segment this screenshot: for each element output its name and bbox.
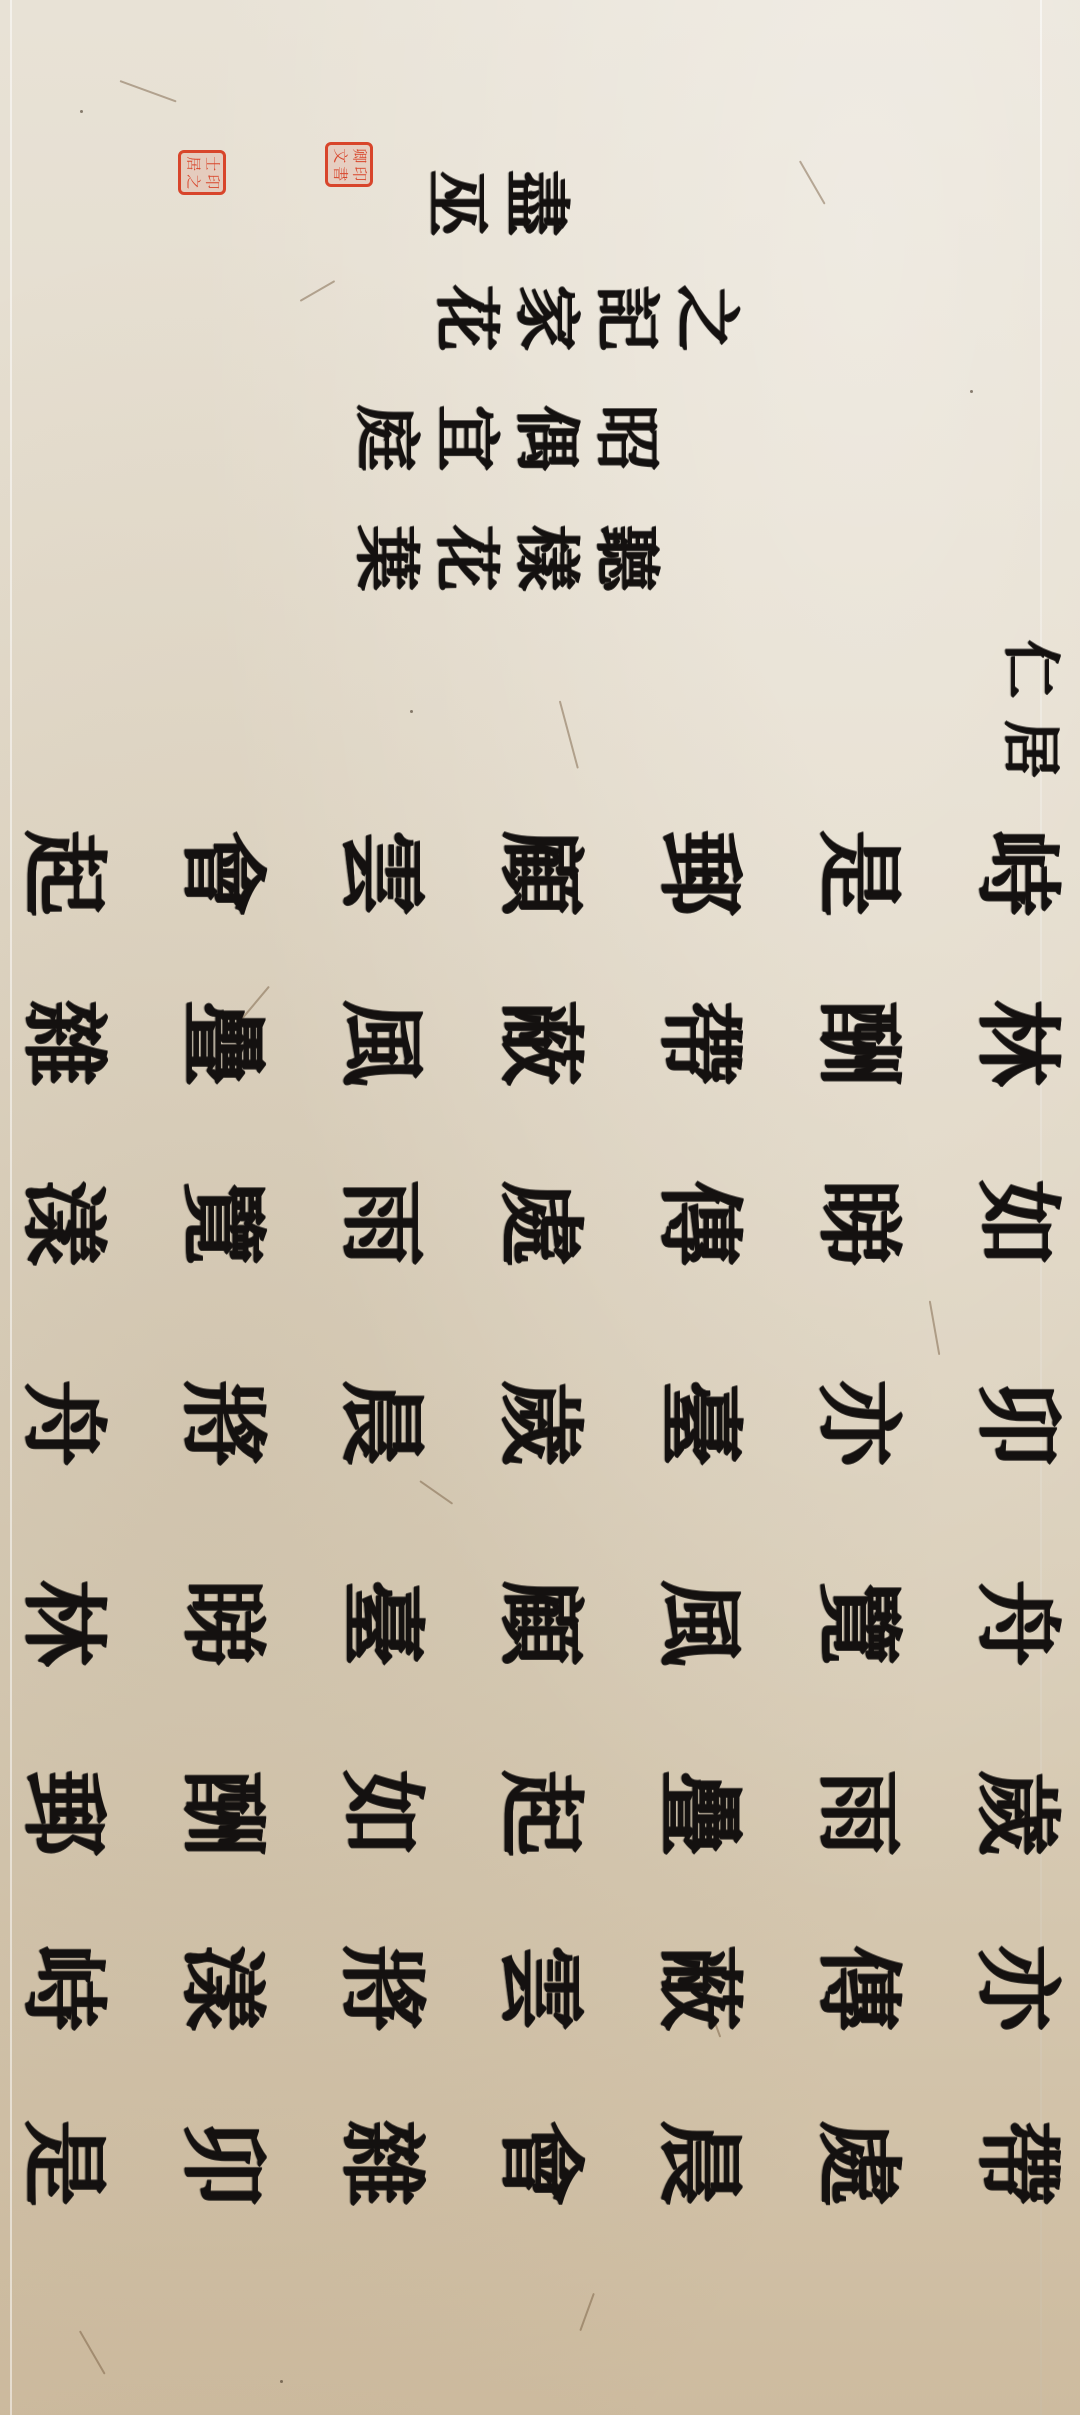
- calligraphy-char: 舟: [20, 1380, 106, 1466]
- calligraphy-char: 歲: [974, 1770, 1060, 1856]
- calligraphy-char: 居: [1002, 720, 1060, 778]
- calligraphy-char: 風: [656, 1580, 742, 1666]
- calligraphy-char: 雨: [338, 1180, 424, 1266]
- calligraphy-char: 起: [20, 830, 106, 916]
- signature-column-2: 居: [870, 720, 1060, 778]
- calligraphy-char: 雜: [338, 2120, 424, 2206]
- paper-fiber: [799, 160, 825, 204]
- calligraphy-char: 是: [20, 2120, 106, 2206]
- calligraphy-char: 記: [594, 285, 660, 351]
- calligraphy-char: 庭: [354, 405, 420, 471]
- calligraphy-char: 傳: [656, 1180, 742, 1266]
- calligraphy-char: 卯: [179, 2120, 265, 2206]
- calligraphy-char: 宜: [434, 405, 500, 471]
- calligraphy-char: 傳: [815, 1945, 901, 2031]
- calligraphy-char: 偶: [514, 405, 580, 471]
- calligraphy-char: 峙: [20, 1945, 106, 2031]
- paper-speck: [410, 710, 413, 713]
- paper-speck: [80, 110, 83, 113]
- calligraphy-char: 將: [338, 1945, 424, 2031]
- calligraphy-char: 仁: [1002, 640, 1060, 698]
- calligraphy-char: 郵: [20, 1770, 106, 1856]
- paper-speck: [970, 390, 973, 393]
- main-column-6: 歲 雨 疊 起 如 酬 郵: [20, 1770, 1060, 1856]
- seal-char: 士: [203, 154, 221, 173]
- calligraphy-paper: 居 士 之 印 文 卿 書 印 盡 巫 之 記 家 花 昭 偶 宜 庭 聽 樣 …: [0, 0, 1080, 2415]
- calligraphy-char: 帶: [656, 1000, 742, 1086]
- calligraphy-char: 昭: [594, 405, 660, 471]
- paper-fiber: [120, 80, 177, 102]
- calligraphy-char: 蔽: [497, 1000, 583, 1086]
- calligraphy-char: 風: [338, 1000, 424, 1086]
- calligraphy-char: 顧: [497, 830, 583, 916]
- main-column-1: 峙 是 郵 顧 雲 會 起: [20, 830, 1060, 916]
- calligraphy-char: 疊: [179, 1000, 265, 1086]
- calligraphy-char: 雲: [497, 1945, 583, 2031]
- paper-speck: [280, 2380, 283, 2383]
- calligraphy-char: 聽: [594, 525, 660, 591]
- paper-fiber: [79, 2330, 105, 2374]
- calligraphy-char: 起: [497, 1770, 583, 1856]
- calligraphy-char: 葉: [354, 525, 420, 591]
- calligraphy-char: 卯: [974, 1380, 1060, 1466]
- calligraphy-char: 覽: [179, 1180, 265, 1266]
- inscription-column-1: 聽 樣 花 葉: [140, 525, 660, 591]
- seal-char: 之: [184, 172, 202, 191]
- inscription-column-2: 昭 偶 宜 庭: [140, 405, 660, 471]
- calligraphy-char: 之: [674, 285, 740, 351]
- calligraphy-char: 將: [179, 1380, 265, 1466]
- main-column-2: 林 酬 帶 蔽 風 疊 雜: [20, 1000, 1060, 1086]
- calligraphy-char: 巫: [424, 170, 490, 236]
- main-column-4: 卯 亦 臺 歲 晨 將 舟: [20, 1380, 1060, 1466]
- paper-fiber: [929, 1301, 940, 1355]
- paper-fiber: [579, 2293, 594, 2331]
- calligraphy-char: 峙: [974, 830, 1060, 916]
- seal-char: 文: [331, 146, 349, 165]
- calligraphy-char: 睇: [815, 1180, 901, 1266]
- calligraphy-char: 花: [434, 285, 500, 351]
- calligraphy-char: 盡: [504, 170, 570, 236]
- calligraphy-char: 樣: [514, 525, 580, 591]
- paper-left-edge: [10, 0, 12, 2415]
- calligraphy-char: 漾: [179, 1945, 265, 2031]
- calligraphy-char: 如: [338, 1770, 424, 1856]
- calligraphy-char: 如: [974, 1180, 1060, 1266]
- calligraphy-char: 晨: [656, 2120, 742, 2206]
- seal-lower: 居 士 之 印: [178, 150, 226, 195]
- calligraphy-char: 覽: [815, 1580, 901, 1666]
- paper-fiber: [559, 701, 579, 769]
- main-column-7: 亦 傳 蔽 雲 將 漾 峙: [20, 1945, 1060, 2031]
- calligraphy-char: 會: [179, 830, 265, 916]
- calligraphy-char: 處: [497, 1180, 583, 1266]
- inscription-column-3: 之 記 家 花: [260, 285, 740, 351]
- calligraphy-char: 處: [815, 2120, 901, 2206]
- calligraphy-char: 雨: [815, 1770, 901, 1856]
- calligraphy-char: 亦: [815, 1380, 901, 1466]
- calligraphy-char: 是: [815, 830, 901, 916]
- calligraphy-char: 家: [514, 285, 580, 351]
- signature-column: 仁: [870, 640, 1060, 698]
- calligraphy-char: 酬: [179, 1770, 265, 1856]
- calligraphy-char: 林: [20, 1580, 106, 1666]
- calligraphy-char: 歲: [497, 1380, 583, 1466]
- calligraphy-char: 臺: [656, 1380, 742, 1466]
- calligraphy-char: 晨: [338, 1380, 424, 1466]
- calligraphy-char: 漾: [20, 1180, 106, 1266]
- main-column-8: 帶 處 晨 會 雜 卯 是: [20, 2120, 1060, 2206]
- main-column-5: 舟 覽 風 顧 臺 睇 林: [20, 1580, 1060, 1666]
- inscription-column-4: 盡 巫: [270, 170, 570, 236]
- calligraphy-char: 睇: [179, 1580, 265, 1666]
- calligraphy-char: 顧: [497, 1580, 583, 1666]
- calligraphy-char: 舟: [974, 1580, 1060, 1666]
- calligraphy-char: 郵: [656, 830, 742, 916]
- main-column-3: 如 睇 傳 處 雨 覽 漾: [20, 1180, 1060, 1266]
- seal-char: 印: [203, 172, 221, 191]
- calligraphy-char: 疊: [656, 1770, 742, 1856]
- calligraphy-char: 雜: [20, 1000, 106, 1086]
- seal-char: 卿: [350, 146, 368, 165]
- calligraphy-char: 亦: [974, 1945, 1060, 2031]
- calligraphy-char: 會: [497, 2120, 583, 2206]
- paper-fiber: [420, 1480, 454, 1504]
- calligraphy-char: 林: [974, 1000, 1060, 1086]
- calligraphy-char: 帶: [974, 2120, 1060, 2206]
- calligraphy-char: 蔽: [656, 1945, 742, 2031]
- calligraphy-char: 雲: [338, 830, 424, 916]
- calligraphy-char: 臺: [338, 1580, 424, 1666]
- calligraphy-char: 酬: [815, 1000, 901, 1086]
- calligraphy-char: 花: [434, 525, 500, 591]
- seal-char: 居: [184, 154, 202, 173]
